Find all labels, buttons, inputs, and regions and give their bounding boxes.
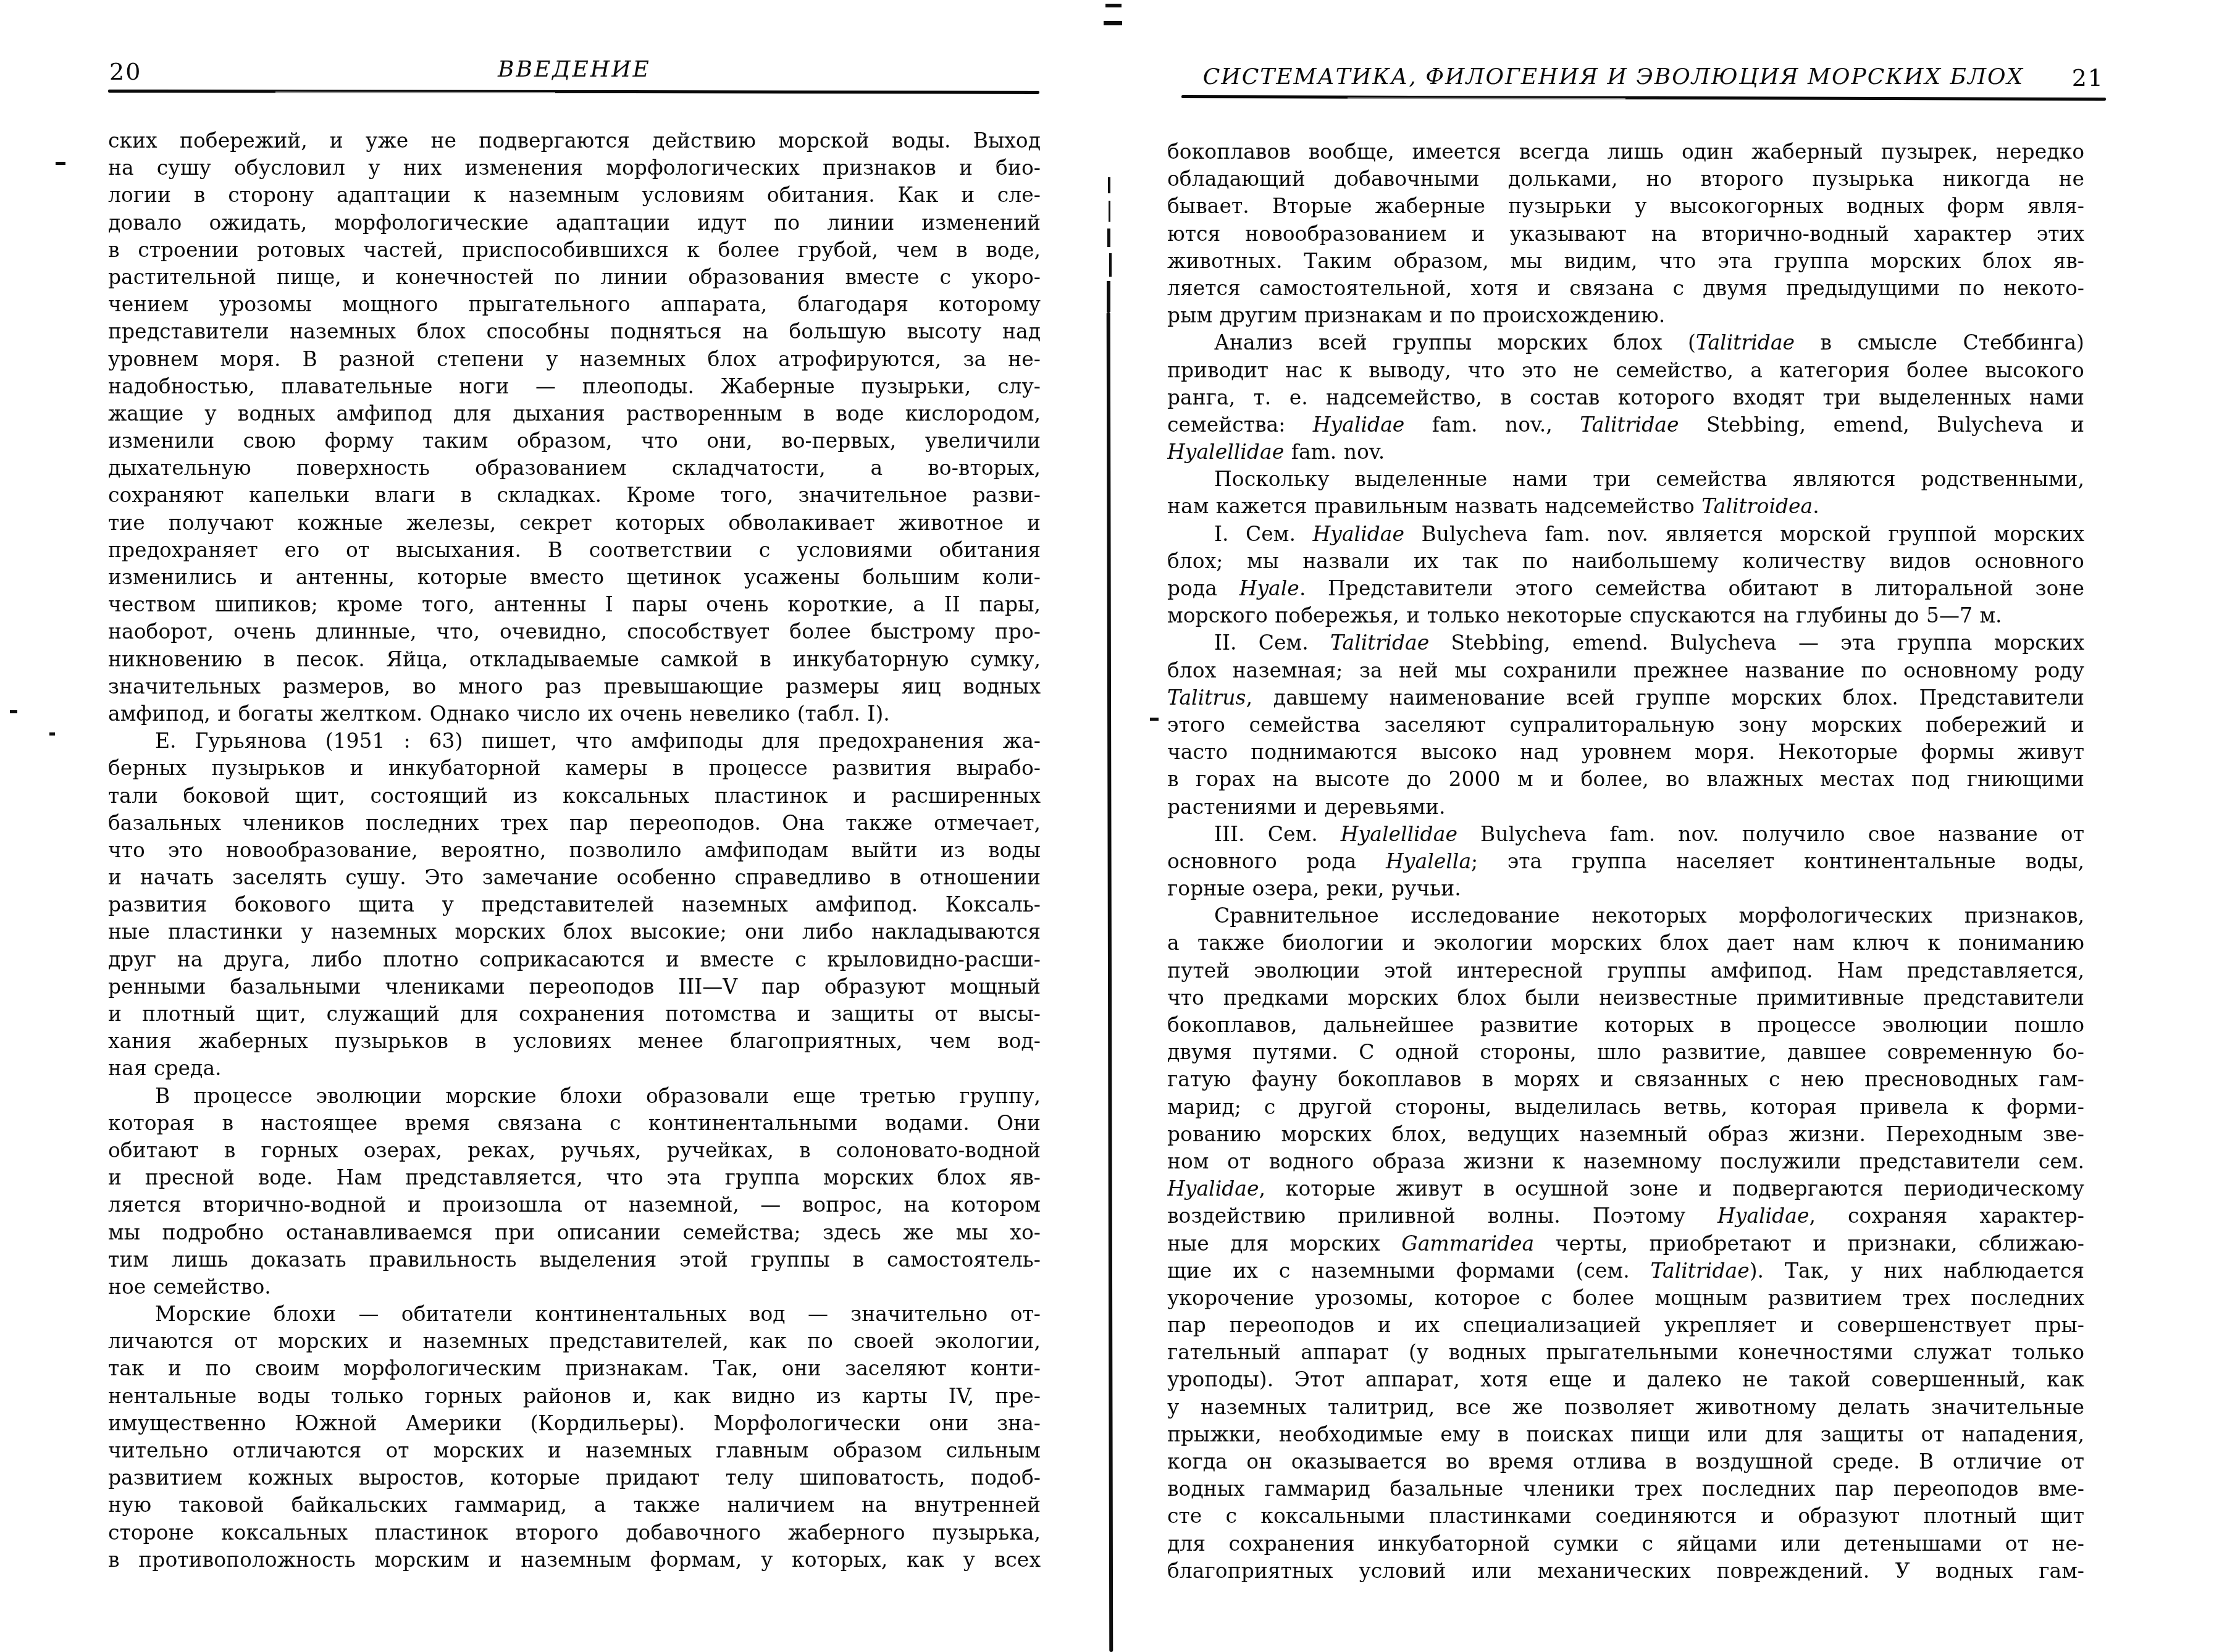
page-body-right: бокоплавов вообще, имеется всегда лишь о… (1167, 138, 2084, 1585)
paragraph: Морские блохи — обитатели континентальны… (108, 1301, 1041, 1574)
text-line: сте с коксальными пластинками соединяютс… (1167, 1503, 2084, 1530)
text-line: ные для морских Gammaridea черты, приобр… (1167, 1230, 2084, 1257)
scan-speck (1104, 21, 1122, 25)
text-line: III. Сем. Hyalellidae Bulycheva fam. nov… (1167, 821, 2084, 848)
text-line: чением урозомы мощного прыгательного апп… (108, 291, 1041, 318)
text-line: что это новообразование, вероятно, позво… (108, 837, 1041, 864)
text-line: животных. Таким образом, мы видим, что э… (1167, 248, 2084, 275)
text-line: рода Hyale. Представители этого семейств… (1167, 575, 2084, 602)
text-line: Поскольку выделенные нами три семейства … (1167, 466, 2084, 493)
paragraph: бокоплавов вообще, имеется всегда лишь о… (1167, 138, 2084, 329)
text-line: ном от водного образа жизни к наземному … (1167, 1148, 2084, 1175)
latin-taxon-name: Talitridae (1580, 413, 1679, 437)
latin-taxon-name: Hyalellidae (1341, 822, 1457, 846)
scan-speck (56, 162, 65, 165)
text-line: базальных члеников последних трех пар пе… (108, 810, 1041, 837)
text-line: имущественно Южной Америки (Кордильеры).… (108, 1410, 1041, 1437)
text-line: значительных размеров, во много раз прев… (108, 673, 1041, 700)
latin-taxon-name: Hyalidae (1717, 1204, 1809, 1228)
text-line: нам кажется правильным назвать надсемейс… (1167, 493, 2084, 520)
latin-taxon-name: Hyalella (1386, 849, 1471, 873)
latin-taxon-name: Hyalidae (1313, 413, 1405, 437)
page-number: 21 (2072, 64, 2104, 91)
text-line: бокоплавов вообще, имеется всегда лишь о… (1167, 138, 2084, 166)
text-line: II. Сем. Talitridae Stebbing, emend. Bul… (1167, 629, 2084, 656)
text-line: что предками морских блох были неизвестн… (1167, 984, 2084, 1012)
text-line: марид; с другой стороны, выделилась ветв… (1167, 1094, 2084, 1121)
page-left: 20 ВВЕДЕНИЕ ских побережий, и уже не под… (108, 0, 1041, 1652)
text-line: I. Сем. Hyalidae Bulycheva fam. nov. явл… (1167, 521, 2084, 548)
text-line: наоборот, очень длинные, что, очевидно, … (108, 618, 1041, 645)
text-line: ляется вторично-водной и произошла от на… (108, 1191, 1041, 1218)
text-line: так и по своим морфологическим признакам… (108, 1355, 1041, 1382)
text-line: нентальные воды только горных районов и,… (108, 1383, 1041, 1410)
header-rule (108, 90, 1039, 94)
text-line: Анализ всей группы морских блох (Talitri… (1167, 329, 2084, 356)
text-line: уроподы). Этот аппарат, хотя еще и далек… (1167, 1366, 2084, 1393)
paragraph: II. Сем. Talitridae Stebbing, emend. Bul… (1167, 629, 2084, 820)
scan-speck (49, 732, 55, 736)
text-line: Морские блохи — обитатели континентальны… (108, 1301, 1041, 1328)
text-line: ских побережий, и уже не подвергаются де… (108, 127, 1041, 154)
text-line: Сравнительное исследование некоторых мор… (1167, 902, 2084, 929)
binding-fold-line (1107, 312, 1113, 1652)
text-line: Hyalidae, которые живут в осушной зоне и… (1167, 1175, 2084, 1202)
text-line: чеством шипиков; кроме того, антенны I п… (108, 591, 1041, 618)
text-line: для сохранения инкубаторной сумки с яйца… (1167, 1530, 2084, 1558)
text-line: блох наземная; за ней мы сохранили прежн… (1167, 657, 2084, 684)
scan-speck (1150, 718, 1159, 721)
text-line: семейства: Hyalidae fam. nov., Talitrida… (1167, 411, 2084, 438)
text-line: обладающий добавочными дольками, но втор… (1167, 166, 2084, 193)
latin-taxon-name: Hyale (1239, 576, 1299, 600)
text-line: когда он оказывается во время отлива в в… (1167, 1448, 2084, 1475)
latin-taxon-name: Talitridae (1651, 1259, 1750, 1283)
page-header-left: 20 ВВЕДЕНИЕ (108, 54, 1041, 91)
text-line: растениями и деревьями. (1167, 794, 2084, 821)
text-line: ное семейство. (108, 1273, 1041, 1301)
text-line: ляется самостоятельной, хотя и связана с… (1167, 275, 2084, 302)
text-line: тали боковой щит, состоящий из коксальны… (108, 782, 1041, 810)
paragraph: Сравнительное исследование некоторых мор… (1167, 902, 2084, 1585)
text-line: берных пузырьков и инкубаторной камеры в… (108, 755, 1041, 782)
text-line: ные пластинки у наземных морских блох вы… (108, 918, 1041, 945)
text-line: и начать заселять сушу. Это замечание ос… (108, 864, 1041, 891)
text-line: стороне коксальных пластинок второго доб… (108, 1519, 1041, 1546)
text-line: изменились и антенны, которые вместо щет… (108, 564, 1041, 591)
text-line: изменили свою форму таким образом, что о… (108, 427, 1041, 455)
latin-taxon-name: Hyalidae (1167, 1176, 1259, 1201)
text-line: у наземных талитрид, все же позволяет жи… (1167, 1394, 2084, 1421)
text-line: дыхательную поверхность образованием скл… (108, 455, 1041, 482)
paragraph: Анализ всей группы морских блох (Talitri… (1167, 329, 2084, 466)
paragraph: ских побережий, и уже не подвергаются де… (108, 127, 1041, 727)
text-line: ренными базальными члениками переоподов … (108, 973, 1041, 1000)
running-title: СИСТЕМАТИКА, ФИЛОГЕНИЯ И ЭВОЛЮЦИЯ МОРСКИ… (1203, 64, 2024, 90)
text-line: ная среда. (108, 1055, 1041, 1082)
text-line: гательный аппарат (у водных прыгательным… (1167, 1339, 2084, 1366)
page-body-left: ских побережий, и уже не подвергаются де… (108, 127, 1041, 1574)
scan-speck (1109, 201, 1110, 222)
text-line: уровнем моря. В разной степени у наземны… (108, 346, 1041, 373)
text-line: в горах на высоте до 2000 м и более, во … (1167, 766, 2084, 793)
text-line: ранга, т. е. надсемейство, в состав кото… (1167, 384, 2084, 411)
running-title: ВВЕДЕНИЕ (498, 57, 651, 82)
page-right: СИСТЕМАТИКА, ФИЛОГЕНИЯ И ЭВОЛЮЦИЯ МОРСКИ… (1167, 0, 2084, 1652)
text-line: приводит нас к выводу, что это не семейс… (1167, 357, 2084, 384)
text-line: прыжки, необходимые ему в поисках пищи и… (1167, 1421, 2084, 1448)
text-line: тим лишь доказать правильность выделения… (108, 1246, 1041, 1273)
text-line: морского побережья, и только некоторые с… (1167, 602, 2084, 629)
text-line: ную таковой байкальских гаммарид, а такж… (108, 1491, 1041, 1519)
text-line: обитают в горных озерах, реках, ручьях, … (108, 1137, 1041, 1164)
text-line: укорочение урозомы, которое с более мощн… (1167, 1285, 2084, 1312)
page-number: 20 (109, 58, 141, 85)
scan-speck (1107, 281, 1110, 312)
text-line: развитием кожных выростов, которые прида… (108, 1464, 1041, 1491)
text-line: логии в сторону адаптации к наземным усл… (108, 182, 1041, 209)
text-line: путей эволюции этой интересной группы ам… (1167, 957, 2084, 984)
text-line: бокоплавов, дальнейшее развитие которых … (1167, 1012, 2084, 1039)
text-line: тие получают кожные железы, секрет котор… (108, 509, 1041, 537)
latin-taxon-name: Talitridae (1330, 631, 1429, 655)
text-line: в строении ротовых частей, приспособивши… (108, 237, 1041, 264)
text-line: благоприятных условий или механических п… (1167, 1558, 2084, 1585)
text-line: жащие у водных амфипод для дыхания раств… (108, 400, 1041, 427)
latin-taxon-name: Hyalellidae (1167, 440, 1284, 464)
text-line: основного рода Hyalella; эта группа насе… (1167, 848, 2084, 875)
text-line: растительной пище, и конечностей по лини… (108, 264, 1041, 291)
text-line: хания жаберных пузырьков в условиях мене… (108, 1028, 1041, 1055)
text-line: В процессе эволюции морские блохи образо… (108, 1083, 1041, 1110)
paragraph: III. Сем. Hyalellidae Bulycheva fam. nov… (1167, 821, 2084, 903)
text-line: сохраняют капельки влаги в складках. Кро… (108, 482, 1041, 509)
text-line: Hyalellidae fam. nov. (1167, 438, 2084, 466)
text-line: этого семейства заселяют супралиторальну… (1167, 711, 2084, 739)
text-line: рованию морских блох, ведущих наземный о… (1167, 1121, 2084, 1148)
latin-taxon-name: Hyalidae (1313, 522, 1405, 546)
text-line: в противоположность морским и наземным ф… (108, 1546, 1041, 1574)
text-line: ются новообразованием и указывают на вто… (1167, 220, 2084, 248)
book-spread: { "pages": [ { "page_number": "20", "run… (0, 0, 2214, 1652)
text-line: воздействию приливной волны. Поэтому Hya… (1167, 1202, 2084, 1230)
scan-speck (10, 710, 17, 713)
text-line: часто поднимаются высоко над уровнем мор… (1167, 739, 2084, 766)
text-line: щие их с наземными формами (сем. Talitri… (1167, 1257, 2084, 1285)
text-line: Talitrus, давшему наименование всей груп… (1167, 684, 2084, 711)
paragraph: I. Сем. Hyalidae Bulycheva fam. nov. явл… (1167, 521, 2084, 630)
text-line: бывает. Вторые жаберные пузырьки у высок… (1167, 193, 2084, 220)
text-line: а также биологии и экологии морских блох… (1167, 929, 2084, 957)
text-line: Е. Гурьянова (1951 : 63) пишет, что амфи… (108, 727, 1041, 755)
text-line: чительно отличаются от морских и наземны… (108, 1437, 1041, 1464)
text-line: пар переоподов и их специализацией укреп… (1167, 1312, 2084, 1339)
text-line: рым другим признакам и по происхождению. (1167, 302, 2084, 329)
latin-taxon-name: Talitridae (1696, 330, 1795, 354)
text-line: друг на друга, либо плотно соприкасаются… (108, 946, 1041, 973)
text-line: и пресной воде. Нам представляется, что … (108, 1164, 1041, 1191)
text-line: предохраняет его от высыхания. В соответ… (108, 537, 1041, 564)
scan-speck (1108, 177, 1110, 193)
scan-speck (1109, 253, 1112, 277)
text-line: блох; мы назвали их так по наибольшему к… (1167, 548, 2084, 575)
latin-taxon-name: Gammaridea (1401, 1231, 1534, 1256)
text-line: горные озера, реки, ручьи. (1167, 875, 2084, 902)
text-line: никновению в песок. Яйца, откладываемые … (108, 646, 1041, 673)
paragraph: Е. Гурьянова (1951 : 63) пишет, что амфи… (108, 727, 1041, 1082)
text-line: развития бокового щита у представителей … (108, 891, 1041, 918)
latin-taxon-name: Talitrus (1167, 686, 1246, 710)
text-line: водных гаммарид базальные членики трех п… (1167, 1475, 2084, 1503)
text-line: двумя путями. С одной стороны, шло разви… (1167, 1039, 2084, 1066)
text-line: представители наземных блох способны под… (108, 318, 1041, 345)
page-header-right: СИСТЕМАТИКА, ФИЛОГЕНИЯ И ЭВОЛЮЦИЯ МОРСКИ… (1167, 62, 2084, 99)
latin-taxon-name: Talitroidea (1701, 494, 1813, 518)
text-line: мы подробно останавливаемся при описании… (108, 1219, 1041, 1246)
scan-speck (1107, 229, 1110, 247)
paragraph: В процессе эволюции морские блохи образо… (108, 1083, 1041, 1301)
text-line: гатую фауну бокоплавов в морях и связанн… (1167, 1066, 2084, 1093)
text-line: и плотный щит, служащий для сохранения п… (108, 1000, 1041, 1028)
paragraph: Поскольку выделенные нами три семейства … (1167, 466, 2084, 520)
scan-speck (1105, 4, 1122, 7)
text-line: на сушу обусловил у них изменения морфол… (108, 154, 1041, 182)
text-line: надобностью, плавательные ноги — плеопод… (108, 373, 1041, 400)
text-line: личаются от морских и наземных представи… (108, 1328, 1041, 1355)
text-line: довало ожидать, морфологические адаптаци… (108, 209, 1041, 237)
text-line: амфипод, и богаты желтком. Однако число … (108, 700, 1041, 727)
text-line: которая в настоящее время связана с конт… (108, 1110, 1041, 1137)
